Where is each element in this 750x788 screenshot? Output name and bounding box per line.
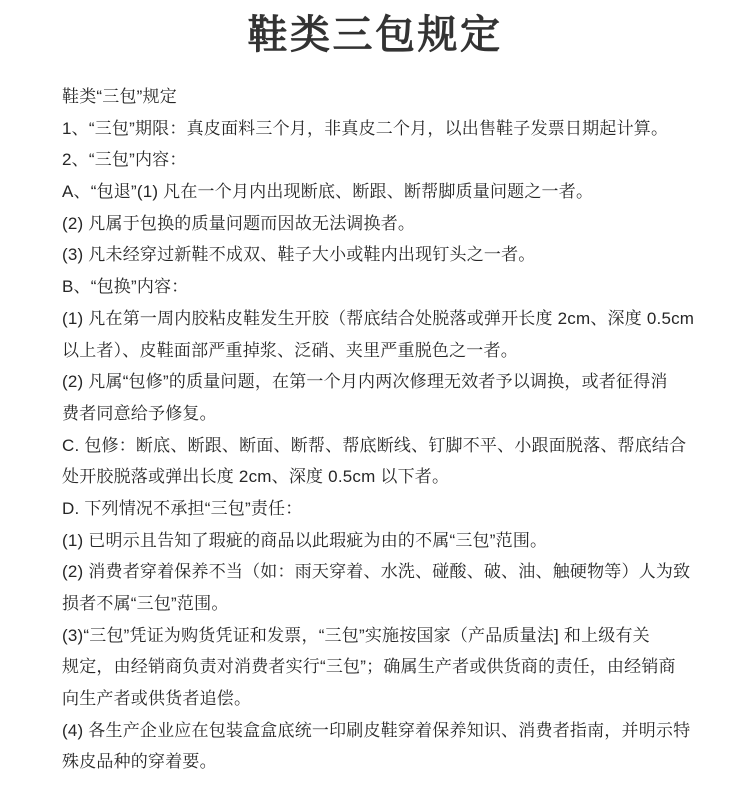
text-line: 规定，由经销商负责对消费者实行“三包”；确属生产者或供货商的责任，由经销商: [62, 651, 694, 683]
document-body: 鞋类“三包”规定1、“三包”期限：真皮面料三个月，非真皮二个月，以出售鞋子发票日…: [62, 81, 694, 778]
text-line: D. 下列情况不承担“三包”责任：: [62, 493, 694, 525]
text-line: (4) 各生产企业应在包装盒盒底统一印刷皮鞋穿着保养知识、消费者指南，并明示特: [62, 715, 694, 747]
text-line: (2) 凡属于包换的质量问题而因故无法调换者。: [62, 208, 694, 240]
text-line: (1) 凡在第一周内胶粘皮鞋发生开胶（帮底结合处脱落或弹开长度 2cm、深度 0…: [62, 303, 694, 335]
text-line: 费者同意给予修复。: [62, 398, 694, 430]
text-line: 鞋类“三包”规定: [62, 81, 694, 113]
text-line: 以上者）、皮鞋面部严重掉浆、泛硝、夹里严重脱色之一者。: [62, 335, 694, 367]
text-line: (2) 消费者穿着保养不当（如：雨天穿着、水洗、碰酸、破、油、触硬物等）人为致: [62, 556, 694, 588]
document-page: 鞋类三包规定 鞋类“三包”规定1、“三包”期限：真皮面料三个月，非真皮二个月，以…: [0, 0, 750, 788]
text-line: C. 包修：断底、断跟、断面、断帮、帮底断线、钉脚不平、小跟面脱落、帮底结合: [62, 430, 694, 462]
text-line: 处开胶脱落或弹出长度 2cm、深度 0.5cm 以下者。: [62, 461, 694, 493]
text-line: A、“包退”(1) 凡在一个月内出现断底、断跟、断帮脚质量问题之一者。: [62, 176, 694, 208]
text-line: 1、“三包”期限：真皮面料三个月，非真皮二个月，以出售鞋子发票日期起计算。: [62, 113, 694, 145]
text-line: (3)“三包”凭证为购货凭证和发票，“三包”实施按国家（产品质量法] 和上级有关: [62, 620, 694, 652]
text-line: 2、“三包”内容：: [62, 144, 694, 176]
text-line: (2) 凡属“包修”的质量问题，在第一个月内两次修理无效者予以调换，或者征得消: [62, 366, 694, 398]
page-title: 鞋类三包规定: [0, 10, 750, 60]
text-line: 殊皮品种的穿着要。: [62, 746, 694, 778]
text-line: 损者不属“三包”范围。: [62, 588, 694, 620]
text-line: 向生产者或供货者追偿。: [62, 683, 694, 715]
text-line: (1) 已明示且告知了瑕疵的商品以此瑕疵为由的不属“三包”范围。: [62, 525, 694, 557]
text-line: (3) 凡未经穿过新鞋不成双、鞋子大小或鞋内出现钉头之一者。: [62, 239, 694, 271]
text-line: B、“包换”内容：: [62, 271, 694, 303]
